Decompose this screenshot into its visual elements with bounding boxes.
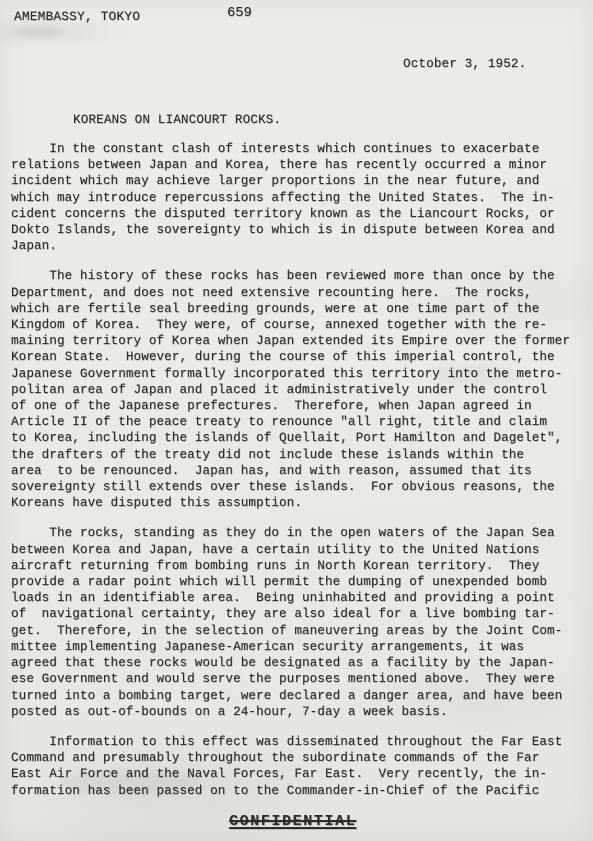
paragraph-incident-intro: In the constant clash of interests which… [11, 141, 587, 254]
paragraph-history-of-rocks: The history of these rocks has been revi… [11, 268, 587, 511]
classification-stamp-struck: CONFIDENTIAL [229, 813, 356, 830]
embassy-office-line: AMEMBASSY, TOKYO [14, 9, 140, 24]
document-page: AMEMBASSY, TOKYO 659 October 3, 1952. KO… [0, 0, 593, 841]
scan-smudge [12, 26, 64, 38]
paragraph-military-utility: The rocks, standing as they do in the op… [11, 525, 587, 719]
document-body: In the constant clash of interests which… [11, 141, 587, 813]
document-number: 659 [227, 6, 252, 21]
paragraph-information-dissemination: Information to this effect was dissemina… [11, 734, 587, 799]
document-date: October 3, 1952. [403, 57, 526, 71]
document-title: KOREANS ON LIANCOURT ROCKS. [73, 113, 281, 127]
